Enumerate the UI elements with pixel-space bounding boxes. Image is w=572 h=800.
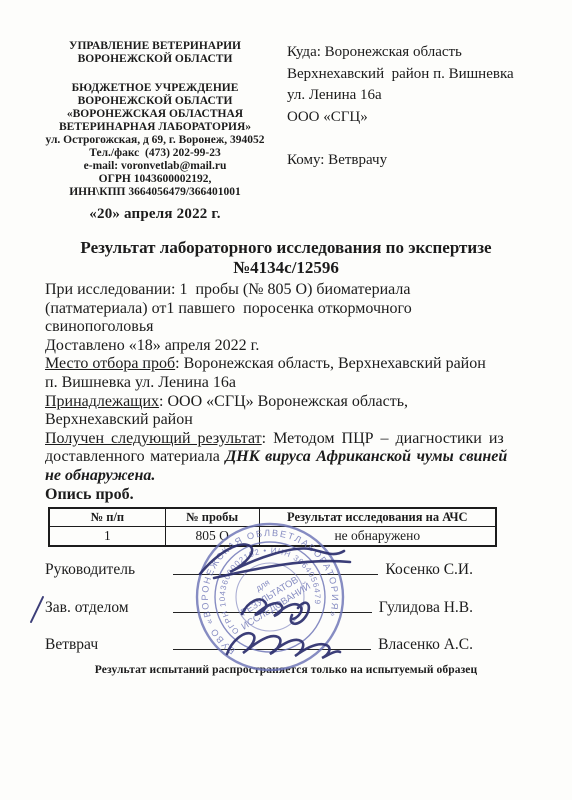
table-row: 1 805 О не обнаружено — [49, 527, 496, 547]
owner-line: Принадлежащих: ООО «СГЦ» Воронежская обл… — [45, 393, 537, 412]
signature-row-director: Руководитель Косенко С.И. — [45, 557, 473, 579]
sampling-place-label: Место отбора проб — [45, 355, 175, 372]
samples-table-wrap: № п/п № пробы Результат исследования на … — [48, 507, 497, 547]
recipient-street: ул. Ленина 16а — [287, 85, 547, 107]
sender-authority-line: ВОРОНЕЖСКОЙ ОБЛАСТИ — [28, 53, 282, 66]
sender-phone: Тел./факс (473) 202-99-23 — [28, 147, 282, 160]
recipient-attn: Кому: Ветврачу — [287, 150, 547, 172]
col-header-result: Результат исследования на АЧС — [259, 508, 496, 527]
result-method: : Методом ПЦР – диагностики из — [262, 430, 504, 447]
handwritten-slash-mark — [31, 597, 43, 622]
col-header-index: № п/п — [49, 508, 165, 527]
result-virus-name: ДНК вируса Африканской чумы свиней — [225, 448, 507, 465]
result-not-detected: не обнаружена. — [45, 467, 537, 486]
signature-name: Косенко С.И. — [385, 561, 473, 579]
signature-line — [173, 573, 378, 575]
title-line1: Результат лабораторного исследования по … — [40, 238, 532, 258]
inventory-heading: Опись проб. — [45, 486, 537, 505]
owner-value: : ООО «СГЦ» Воронежская область, — [159, 393, 408, 410]
recipient-district: Верхнехавский район п. Вишневка — [287, 64, 547, 86]
body-line: (патматериала) от1 павшего поросенка отк… — [45, 300, 537, 319]
signature-role: Ветврач — [45, 636, 173, 654]
document-date: «20» апреля 2022 г. — [28, 208, 282, 221]
recipient-org: ООО «СГЦ» — [287, 107, 547, 129]
col-header-sample: № пробы — [165, 508, 259, 527]
body-line: Верхнехавский район — [45, 411, 537, 430]
result-plain: доставленного материала — [45, 448, 225, 465]
sender-block: УПРАВЛЕНИЕ ВЕТЕРИНАРИИ ВОРОНЕЖСКОЙ ОБЛАС… — [28, 40, 282, 221]
signature-name: Власенко А.С. — [378, 636, 473, 654]
recipient-block: Куда: Воронежская область Верхнехавский … — [287, 42, 547, 172]
sender-org-line: БЮДЖЕТНОЕ УЧРЕЖДЕНИЕ — [28, 82, 282, 95]
stamp-center-line1: для — [254, 577, 272, 593]
sampling-place-line: Место отбора проб: Воронежская область, … — [45, 355, 537, 374]
signature-role: Руководитель — [45, 561, 173, 579]
body-line: п. Вишневка ул. Ленина 16а — [45, 374, 537, 393]
sender-ogrn: ОГРН 1043600002192, — [28, 173, 282, 186]
document-title: Результат лабораторного исследования по … — [40, 238, 532, 278]
expertise-number: №4134с/12596 — [40, 258, 532, 278]
samples-table: № п/п № пробы Результат исследования на … — [48, 507, 497, 547]
delivered-date-line: Доставлено «18» апреля 2022 г. — [45, 337, 537, 356]
signature-name: Гулидова Н.В. — [379, 599, 473, 617]
cell-sample-number: 805 О — [165, 527, 259, 547]
sender-org-line: «ВОРОНЕЖСКАЯ ОБЛАСТНАЯ — [28, 108, 282, 121]
sender-address: ул. Острогожская, д 69, г. Воронеж, 3940… — [28, 134, 282, 147]
body-line: При исследовании: 1 пробы (№ 805 О) биом… — [45, 281, 537, 300]
signature-role: Зав. отделом — [45, 599, 173, 617]
sender-email: e-mail: voronvetlab@mail.ru — [28, 160, 282, 173]
owner-label: Принадлежащих — [45, 393, 159, 410]
sender-authority-line: УПРАВЛЕНИЕ ВЕТЕРИНАРИИ — [28, 40, 282, 53]
recipient-region: Куда: Воронежская область — [287, 42, 547, 64]
scanned-letter-page: УПРАВЛЕНИЕ ВЕТЕРИНАРИИ ВОРОНЕЖСКОЙ ОБЛАС… — [0, 0, 572, 800]
result-line: Получен следующий результат: Методом ПЦР… — [45, 430, 537, 449]
result-line2: доставленного материала ДНК вируса Африк… — [45, 448, 537, 467]
signature-line — [173, 648, 371, 650]
signature-row-dept-head: Зав. отделом Гулидова Н.В. — [45, 595, 473, 617]
result-label: Получен следующий результат — [45, 430, 262, 447]
cell-result: не обнаружено — [259, 527, 496, 547]
body-text: При исследовании: 1 пробы (№ 805 О) биом… — [45, 281, 537, 504]
sender-org-line: ВОРОНЕЖСКОЙ ОБЛАСТИ — [28, 95, 282, 108]
sender-inn-kpp: ИНН\КПП 3664056479/366401001 — [28, 186, 282, 199]
sampling-place-value: : Воронежская область, Верхнехавский рай… — [175, 355, 486, 372]
footer-disclaimer: Результат испытаний распространяется тол… — [0, 664, 572, 676]
cell-index: 1 — [49, 527, 165, 547]
signature-row-vet: Ветврач Власенко А.С. — [45, 632, 473, 654]
table-header-row: № п/п № пробы Результат исследования на … — [49, 508, 496, 527]
sender-org-line: ВЕТЕРИНАРНАЯ ЛАБОРАТОРИЯ» — [28, 121, 282, 134]
body-line: свинопоголовья — [45, 318, 537, 337]
signature-line — [173, 611, 372, 613]
